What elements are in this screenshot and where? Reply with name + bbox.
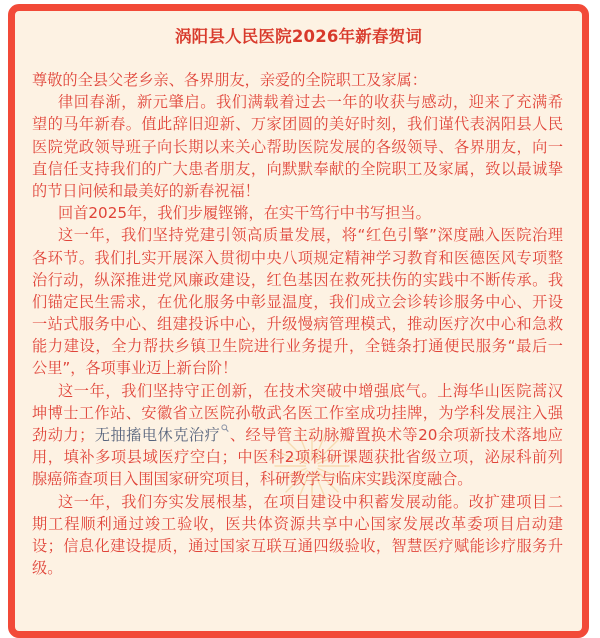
text-line: 望的马年新春。值此辞旧迎新、万家团圆的美好时刻，我们谨代表涡阳县人民 [32, 113, 563, 135]
paragraph: 这一年，我们坚持党建引领高质量发展，将“红色引擎”深度融入医院治理各环节。我们扎… [32, 224, 563, 379]
page-title: 涡阳县人民医院2026年新春贺词 [15, 25, 582, 49]
text-line: 回首2025年，我们步履铿锵，在实干笃行中书写担当。 [32, 202, 563, 224]
paragraph: 回首2025年，我们步履铿锵，在实干笃行中书写担当。 [32, 202, 563, 224]
text-line: 这一年，我们坚持守正创新，在技术突破中增强底气。上海华山医院蒿汉 [32, 380, 563, 402]
text-line: 公里”，各项事业迈上新台阶！ [32, 357, 563, 379]
text-line: 这一年，我们夯实发展根基，在项目建设中积蓄发展动能。改扩建项目二 [32, 491, 563, 513]
greeting-letter-card: 涡阳县人民医院2026年新春贺词 尊敬的全县父老乡亲、各界朋友，亲爱的全院职工及… [8, 4, 589, 582]
text-line: 治行动，纵深推进党风廉政建设，红色基因在救死扶伤的实践中不断传承。我 [32, 269, 563, 291]
text-line: 期工程顺利通过竣工验收，医共体资源共享中心国家发展改革委项目启动建 [32, 513, 563, 535]
text-line: 用，填补多项县域医疗空白；中医科2项科研课题获批省级立项，泌尿科前列 [32, 446, 563, 468]
text-line: 们锚定民生需求，在优化服务中彰显温度，我们成立会诊转诊服务中心、开设 [32, 291, 563, 313]
text-line: 一站式服务中心、组建投诉中心，升级慢病管理模式，推动医疗次中心和急救 [32, 313, 563, 335]
letter-body: 尊敬的全县父老乡亲、各界朋友，亲爱的全院职工及家属：律回春渐，新元肇启。我们满载… [32, 69, 563, 579]
paragraph: 尊敬的全县父老乡亲、各界朋友，亲爱的全院职工及家属： [32, 69, 563, 91]
text-line: 这一年，我们坚持党建引领高质量发展，将“红色引擎”深度融入医院治理 [32, 224, 563, 246]
text-line: 直信任支持我们的广大患者朋友，向默默奉献的全院职工及家属，致以最诚挚 [32, 158, 563, 180]
text-line: 坤博士工作站、安徽省立医院孙敬武名医工作室成功挂牌，为学科发展注入强 [32, 402, 563, 424]
text-line: 的节日问候和最美好的新春祝福！ [32, 180, 563, 202]
text-line: 各环节。我们扎实开展深入贯彻中央八项规定精神学习教育和医德医风专项整 [32, 247, 563, 269]
text-line: 腺癌筛查项目入围国家研究项目，科研教学与临床实践深度融合。 [32, 468, 563, 490]
text-segment: 劲动力； [32, 426, 94, 444]
text-line: 设；信息化建设提质，通过国家互联互通四级验收，智慧医疗赋能诊疗服务升 [32, 535, 563, 557]
text-line: 劲动力；无抽搐电休克治疗、经导管主动脉瓣置换术等20余项新技术落地应 [32, 424, 563, 446]
text-line: 能力建设，全力帮扶乡镇卫生院进行业务提升，全链条打通便民服务“最后一 [32, 335, 563, 357]
text-line: 律回春渐，新元肇启。我们满载着过去一年的收获与感动，迎来了充满希 [32, 91, 563, 113]
text-segment: 、经导管主动脉瓣置换术等20余项新技术落地应 [229, 426, 563, 444]
text-line: 医院党政领导班子向长期以来关心帮助医院发展的各级领导、各界朋友，向一 [32, 136, 563, 158]
paragraph: 律回春渐，新元肇启。我们满载着过去一年的收获与感动，迎来了充满希望的马年新春。值… [32, 91, 563, 202]
paragraph: 这一年，我们坚持守正创新，在技术突破中增强底气。上海华山医院蒿汉坤博士工作站、安… [32, 380, 563, 491]
text-line: 尊敬的全县父老乡亲、各界朋友，亲爱的全院职工及家属： [32, 69, 563, 91]
text-line: 级。 [32, 557, 563, 579]
paragraph: 这一年，我们夯实发展根基，在项目建设中积蓄发展动能。改扩建项目二期工程顺利通过竣… [32, 491, 563, 580]
search-link[interactable]: 无抽搐电休克治疗 [94, 426, 220, 444]
